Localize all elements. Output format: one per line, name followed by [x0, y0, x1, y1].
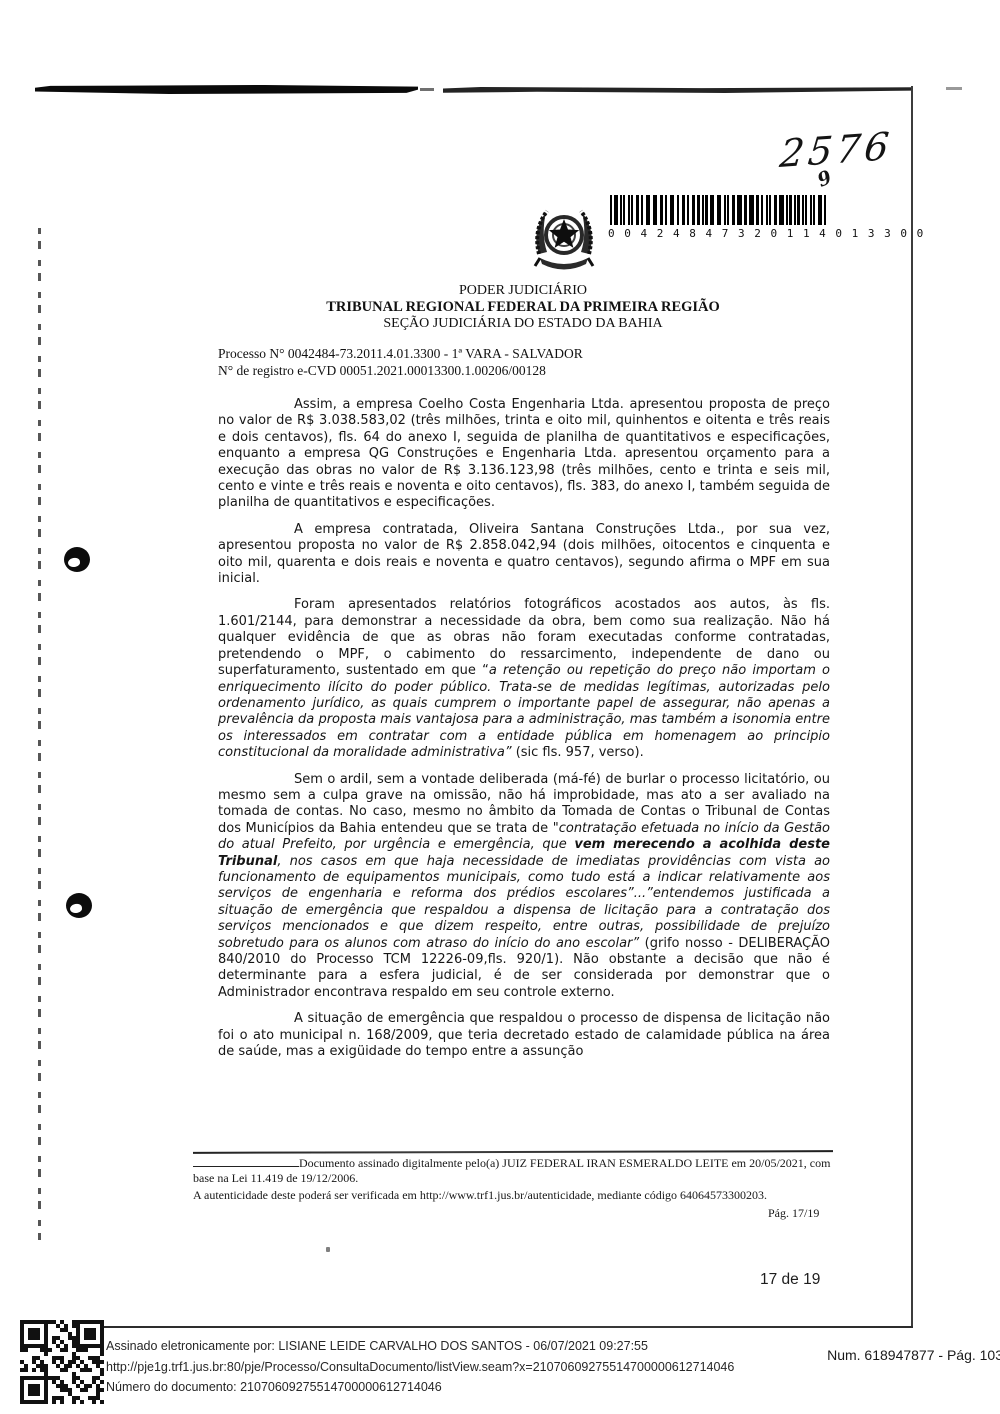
signed-by-line: Assinado eletronicamente por: LISIANE LE…	[106, 1336, 726, 1357]
scan-artifact-tick	[946, 87, 962, 90]
signature-note-line2: A autenticidade deste poderá ser verific…	[193, 1188, 843, 1203]
num-pag-label: Num. 618947877 - Pág. 103	[827, 1347, 1000, 1363]
punch-hole-mark-bottom	[66, 893, 92, 918]
qr-code	[20, 1320, 104, 1404]
decision-body-text: Assim, a empresa Coelho Costa Engenharia…	[218, 397, 830, 1070]
scanned-court-document-page: 2576 9 0 0 4 2 4 8 4 7 3 2 0 1 1 4 0 1 3…	[0, 0, 1000, 1414]
process-number-line: Processo N° 0042484-73.2011.4.01.3300 - …	[218, 346, 583, 362]
pje-signature-block: Assinado eletronicamente por: LISIANE LE…	[106, 1336, 726, 1398]
paragraph-5: A situação de emergência que respaldou o…	[218, 1011, 830, 1060]
signature-note-line1: Documento assinado digitalmente pelo(a) …	[193, 1156, 843, 1185]
barcode-digits: 0 0 4 2 4 8 4 7 3 2 0 1 1 4 0 1 3 3 0 0	[608, 227, 860, 240]
letterhead-tribunal: TRIBUNAL REGIONAL FEDERAL DA PRIMEIRA RE…	[118, 299, 928, 316]
underscore-line	[193, 1157, 299, 1167]
registry-number-line: N° de registro e-CVD 00051.2021.00013300…	[218, 363, 546, 379]
sheet-page-number: 17 de 19	[760, 1271, 820, 1289]
consult-url-line: http://pje1g.trf1.jus.br:80/pje/Processo…	[106, 1357, 726, 1378]
punch-hole-mark-top	[64, 547, 90, 572]
paragraph-3: Foram apresentados relatórios fotográfic…	[218, 597, 830, 761]
digital-signature-note: Documento assinado digitalmente pelo(a) …	[193, 1156, 843, 1203]
scan-artifact-top-bar-left	[35, 85, 418, 94]
scan-artifact-top-bar-right	[443, 87, 913, 93]
pag-label: Pág. 17/19	[768, 1206, 819, 1221]
signature-separator-line	[193, 1150, 833, 1154]
handwritten-page-number: 2576	[778, 124, 895, 176]
paragraph-3-closing: (sic fls. 957, verso).	[512, 745, 644, 760]
paragraph-2: A empresa contratada, Oliveira Santana C…	[218, 522, 830, 588]
page-right-border-line	[911, 86, 913, 1327]
scan-artifact-speck	[420, 88, 434, 91]
brazil-coat-of-arms-icon	[527, 200, 601, 282]
doc-number-line: Número do documento: 2107060927551470000…	[106, 1377, 726, 1398]
page-bottom-border-line	[88, 1326, 913, 1328]
scan-artifact-dot	[326, 1247, 330, 1252]
paragraph-4: Sem o ardil, sem a vontade deliberada (m…	[218, 772, 830, 1002]
paragraph-1: Assim, a empresa Coelho Costa Engenharia…	[218, 397, 830, 512]
barcode	[610, 195, 858, 225]
letterhead-poder-judiciario: PODER JUDICIÁRIO	[118, 283, 928, 299]
left-margin-dashed-line	[38, 228, 41, 1240]
letterhead-secao-judiciaria: SEÇÃO JUDICIÁRIA DO ESTADO DA BAHIA	[118, 316, 928, 332]
